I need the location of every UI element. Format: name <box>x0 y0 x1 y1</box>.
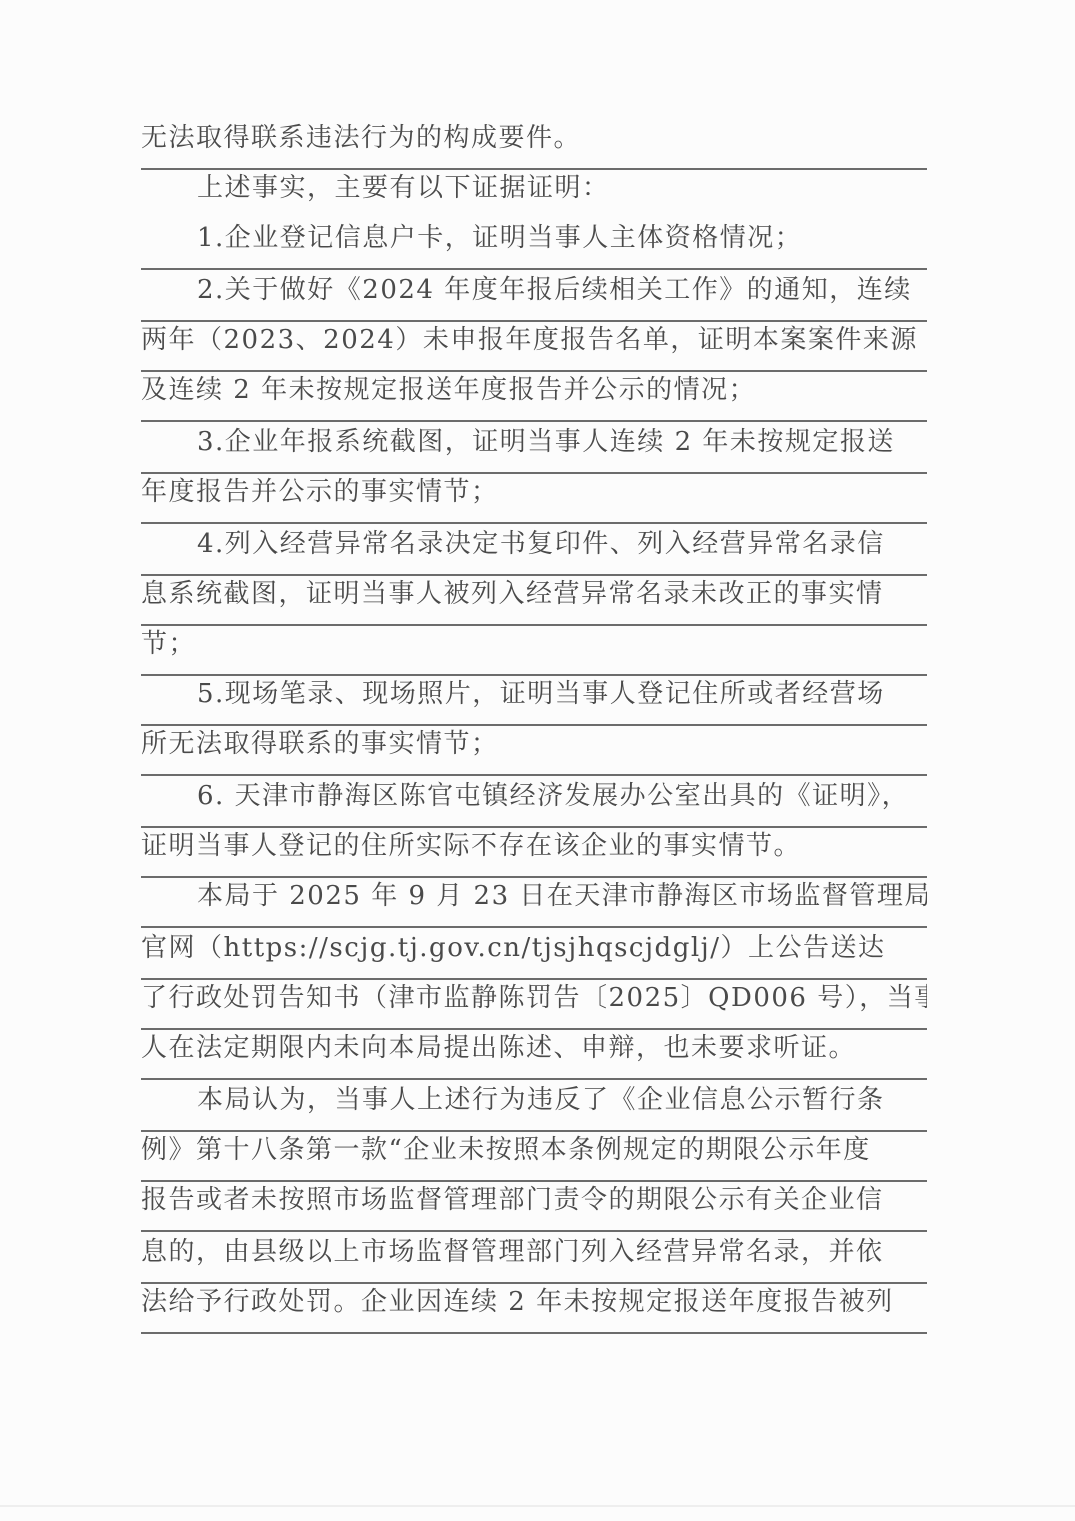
text-line: 本局认为，当事人上述行为违反了《企业信息公示暂行条 <box>141 1082 927 1132</box>
text-line: 例》第十八条第一款“企业未按照本条例规定的期限公示年度 <box>141 1132 927 1182</box>
text-segment: 本局认为，当事人上述行为违反了《企业信息公示暂行条 <box>197 1085 885 1115</box>
text-line: 3.企业年报系统截图，证明当事人连续 2 年未按规定报送 <box>141 424 927 474</box>
text-line: 人在法定期限内未向本局提出陈述、申辩，也未要求听证。 <box>141 1030 927 1080</box>
text-line: 节； <box>141 626 927 676</box>
text-line: 所无法取得联系的事实情节； <box>141 726 927 776</box>
text-segment: 报告或者未按照市场监督管理部门责令的期限公示有关企业信 <box>141 1185 884 1215</box>
text-segment: 6. 天津市静海区陈官屯镇经济发展办公室出具的《证明》， <box>197 781 909 811</box>
text-segment: 本局于 2025 年 9 月 23 日在天津市静海区市场监督管理局 <box>197 881 927 911</box>
text-line: 了行政处罚告知书（津市监静陈罚告〔2025〕QD006 号），当事 <box>141 980 927 1030</box>
text-segment: 3.企业年报系统截图，证明当事人连续 2 年未按规定报送 <box>197 427 895 457</box>
page-edge <box>0 1505 1075 1507</box>
text-segment: 人在法定期限内未向本局提出陈述、申辩，也未要求听证。 <box>141 1033 856 1063</box>
document-page: 无法取得联系违法行为的构成要件。上述事实，主要有以下证据证明：1.企业登记信息户… <box>0 0 1075 1521</box>
text-segment: 所无法取得联系的事实情节； <box>141 729 499 759</box>
text-line: 两年（2023、2024）未申报年度报告名单，证明本案案件来源 <box>141 322 927 372</box>
text-segment: 官网（https://scjg.tj.gov.cn/tjsjhqscjdglj/… <box>141 933 885 963</box>
text-segment: 节； <box>141 629 196 659</box>
text-segment: 4.列入经营异常名录决定书复印件、列入经营异常名录信 <box>197 529 885 559</box>
text-line: 报告或者未按照市场监督管理部门责令的期限公示有关企业信 <box>141 1182 927 1232</box>
text-line: 证明当事人登记的住所实际不存在该企业的事实情节。 <box>141 828 927 878</box>
text-line: 息系统截图，证明当事人被列入经营异常名录未改正的事实情 <box>141 576 927 626</box>
text-line: 2.关于做好《2024 年度年报后续相关工作》的通知，连续 <box>141 272 927 322</box>
text-segment: 两年（2023、2024）未申报年度报告名单，证明本案案件来源 <box>141 325 918 355</box>
text-line: 年度报告并公示的事实情节； <box>141 474 927 524</box>
text-line: 5.现场笔录、现场照片，证明当事人登记住所或者经营场 <box>141 676 927 726</box>
text-segment: 1.企业登记信息户卡，证明当事人主体资格情况； <box>197 223 802 253</box>
text-line: 上述事实，主要有以下证据证明： <box>141 170 927 220</box>
text-line: 本局于 2025 年 9 月 23 日在天津市静海区市场监督管理局 <box>141 878 927 928</box>
text-segment: 年度报告并公示的事实情节； <box>141 477 499 507</box>
text-line: 及连续 2 年未按规定报送年度报告并公示的情况； <box>141 372 927 422</box>
text-segment: 证明当事人登记的住所实际不存在该企业的事实情节。 <box>141 831 801 861</box>
text-segment: 例》第十八条第一款“企业未按照本条例规定的期限公示年度 <box>141 1135 871 1165</box>
text-segment: 无法取得联系违法行为的构成要件。 <box>141 123 581 153</box>
text-line: 4.列入经营异常名录决定书复印件、列入经营异常名录信 <box>141 526 927 576</box>
text-segment: 上述事实，主要有以下证据证明： <box>197 173 610 203</box>
text-line: 官网（https://scjg.tj.gov.cn/tjsjhqscjdglj/… <box>141 930 927 980</box>
text-segment: 2.关于做好《2024 年度年报后续相关工作》的通知，连续 <box>197 275 912 305</box>
text-line: 6. 天津市静海区陈官屯镇经济发展办公室出具的《证明》， <box>141 778 927 828</box>
text-line: 法给予行政处罚。企业因连续 2 年未按规定报送年度报告被列 <box>141 1284 927 1334</box>
text-segment: 了行政处罚告知书（津市监静陈罚告〔2025〕QD006 号），当事 <box>141 983 927 1013</box>
text-segment: 法给予行政处罚。企业因连续 2 年未按规定报送年度报告被列 <box>141 1287 894 1317</box>
text-line: 1.企业登记信息户卡，证明当事人主体资格情况； <box>141 220 927 270</box>
text-segment: 息系统截图，证明当事人被列入经营异常名录未改正的事实情 <box>141 579 884 609</box>
text-line: 息的，由县级以上市场监督管理部门列入经营异常名录，并依 <box>141 1234 927 1284</box>
text-line: 无法取得联系违法行为的构成要件。 <box>141 120 927 170</box>
text-segment: 及连续 2 年未按规定报送年度报告并公示的情况； <box>141 375 756 405</box>
text-segment: 息的，由县级以上市场监督管理部门列入经营异常名录，并依 <box>141 1237 884 1267</box>
text-segment: 5.现场笔录、现场照片，证明当事人登记住所或者经营场 <box>197 679 885 709</box>
